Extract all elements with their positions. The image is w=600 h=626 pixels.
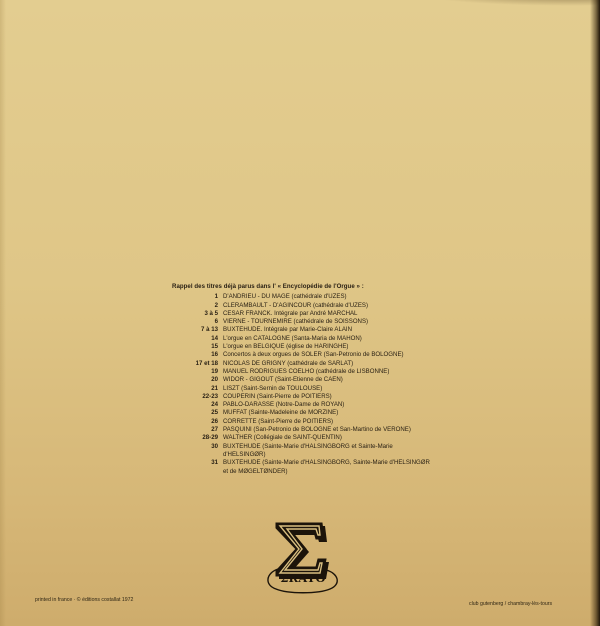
entry-title: PABLO-DARASSE (Notre-Dame de ROYAN)	[223, 401, 432, 409]
catalog-entry: 22-23COUPERIN (Saint-Pierre de POITIERS)	[172, 393, 432, 401]
entry-number: 20	[172, 376, 223, 384]
entry-number: 21	[172, 385, 223, 393]
catalog-entry: 1D'ANDRIEU - DU MAGE (cathédrale d'UZES)	[172, 293, 432, 301]
entry-number: 1	[172, 293, 223, 301]
entry-title: WIDOR - GIGOUT (Saint-Etienne de CAEN)	[223, 376, 432, 384]
catalog-entry: 24PABLO-DARASSE (Notre-Dame de ROYAN)	[172, 401, 432, 409]
catalog-entry: 3 à 5CESAR FRANCK. Intégrale par André M…	[172, 310, 432, 318]
footer-publisher: club gutenberg / chambray-lès-tours	[469, 601, 552, 607]
erato-brand-text: ΣRATO	[275, 571, 331, 585]
catalog-list: Rappel des titres déjà parus dans l' « E…	[172, 283, 432, 476]
catalog-entry: 26CORRETTE (Saint-Pierre de POITIERS)	[172, 418, 432, 426]
catalog-entry: 17 et 18NICOLAS DE GRIGNY (cathédrale de…	[172, 360, 432, 368]
entry-title: COUPERIN (Saint-Pierre de POITIERS)	[223, 393, 432, 401]
entry-title: BUXTEHUDE (Sainte-Marie d'HALSINGBORG et…	[223, 443, 432, 460]
entry-title: D'ANDRIEU - DU MAGE (cathédrale d'UZES)	[223, 293, 432, 301]
entry-title: WALTHER (Collégiale de SAINT-QUENTIN)	[223, 434, 432, 442]
entry-title: NICOLAS DE GRIGNY (cathédrale de SARLAT)	[223, 360, 432, 368]
entry-number: 19	[172, 368, 223, 376]
entry-number: 3 à 5	[172, 310, 223, 318]
catalog-entry: 2CLERAMBAULT - D'AGINCOUR (cathédrale d'…	[172, 302, 432, 310]
catalog-entry: 30BUXTEHUDE (Sainte-Marie d'HALSINGBORG …	[172, 443, 432, 460]
entry-number: 28-29	[172, 434, 223, 442]
erato-logo: ΣRATO	[262, 519, 342, 595]
catalog-entry: 21LISZT (Saint-Sernin de TOULOUSE)	[172, 385, 432, 393]
catalog-entry: 16Concertos à deux orgues de SOLER (San-…	[172, 351, 432, 359]
entry-number: 26	[172, 418, 223, 426]
entry-title: CLERAMBAULT - D'AGINCOUR (cathédrale d'U…	[223, 302, 432, 310]
entry-number: 17 et 18	[172, 360, 223, 368]
entry-title: BUXTEHUDE. Intégrale par Marie-Claire AL…	[223, 326, 432, 334]
entry-title: BUXTEHUDE (Sainte-Marie d'HALSINGBORG, S…	[223, 459, 432, 476]
footer-printed-in: printed in france · © éditions costallat…	[35, 597, 133, 603]
right-edge-shadow	[590, 0, 600, 626]
catalog-entry: 14L'orgue en CATALOGNE (Santa-Maria de M…	[172, 335, 432, 343]
entry-title: CORRETTE (Saint-Pierre de POITIERS)	[223, 418, 432, 426]
entry-title: L'orgue en BELGIQUE (église de HARINGHE)	[223, 343, 432, 351]
catalog-entry: 31BUXTEHUDE (Sainte-Marie d'HALSINGBORG,…	[172, 459, 432, 476]
catalog-entry: 19MANUEL RODRIGUES COELHO (cathédrale de…	[172, 368, 432, 376]
entry-title: Concertos à deux orgues de SOLER (San-Pe…	[223, 351, 432, 359]
entry-title: L'orgue en CATALOGNE (Santa-Maria de MAH…	[223, 335, 432, 343]
entry-number: 22-23	[172, 393, 223, 401]
entry-number: 6	[172, 318, 223, 326]
catalog-entries: 1D'ANDRIEU - DU MAGE (cathédrale d'UZES)…	[172, 293, 432, 476]
catalog-entry: 28-29WALTHER (Collégiale de SAINT-QUENTI…	[172, 434, 432, 442]
catalog-entry: 7 à 13BUXTEHUDE. Intégrale par Marie-Cla…	[172, 326, 432, 334]
entry-title: PASQUINI (San-Petronio de BOLOGNE et San…	[223, 426, 432, 434]
entry-title: CESAR FRANCK. Intégrale par André MARCHA…	[223, 310, 432, 318]
entry-number: 16	[172, 351, 223, 359]
top-edge-shadow	[420, 0, 600, 6]
catalog-entry: 20WIDOR - GIGOUT (Saint-Etienne de CAEN)	[172, 376, 432, 384]
entry-number: 15	[172, 343, 223, 351]
entry-title: LISZT (Saint-Sernin de TOULOUSE)	[223, 385, 432, 393]
catalog-entry: 27PASQUINI (San-Petronio de BOLOGNE et S…	[172, 426, 432, 434]
entry-title: MUFFAT (Sainte-Madeleine de MORZINE)	[223, 409, 432, 417]
entry-number: 2	[172, 302, 223, 310]
entry-number: 14	[172, 335, 223, 343]
left-edge-shadow	[0, 0, 6, 626]
entry-number: 27	[172, 426, 223, 434]
entry-number: 30	[172, 443, 223, 460]
entry-title: MANUEL RODRIGUES COELHO (cathédrale de L…	[223, 368, 432, 376]
catalog-entry: 6VIERNE - TOURNEMIRE (cathédrale de SOIS…	[172, 318, 432, 326]
record-sleeve-back: Rappel des titres déjà parus dans l' « E…	[0, 0, 600, 626]
catalog-entry: 25MUFFAT (Sainte-Madeleine de MORZINE)	[172, 409, 432, 417]
entry-title: VIERNE - TOURNEMIRE (cathédrale de SOISS…	[223, 318, 432, 326]
entry-number: 31	[172, 459, 223, 476]
catalog-heading: Rappel des titres déjà parus dans l' « E…	[172, 283, 432, 291]
entry-number: 25	[172, 409, 223, 417]
entry-number: 7 à 13	[172, 326, 223, 334]
entry-number: 24	[172, 401, 223, 409]
catalog-entry: 15L'orgue en BELGIQUE (église de HARINGH…	[172, 343, 432, 351]
